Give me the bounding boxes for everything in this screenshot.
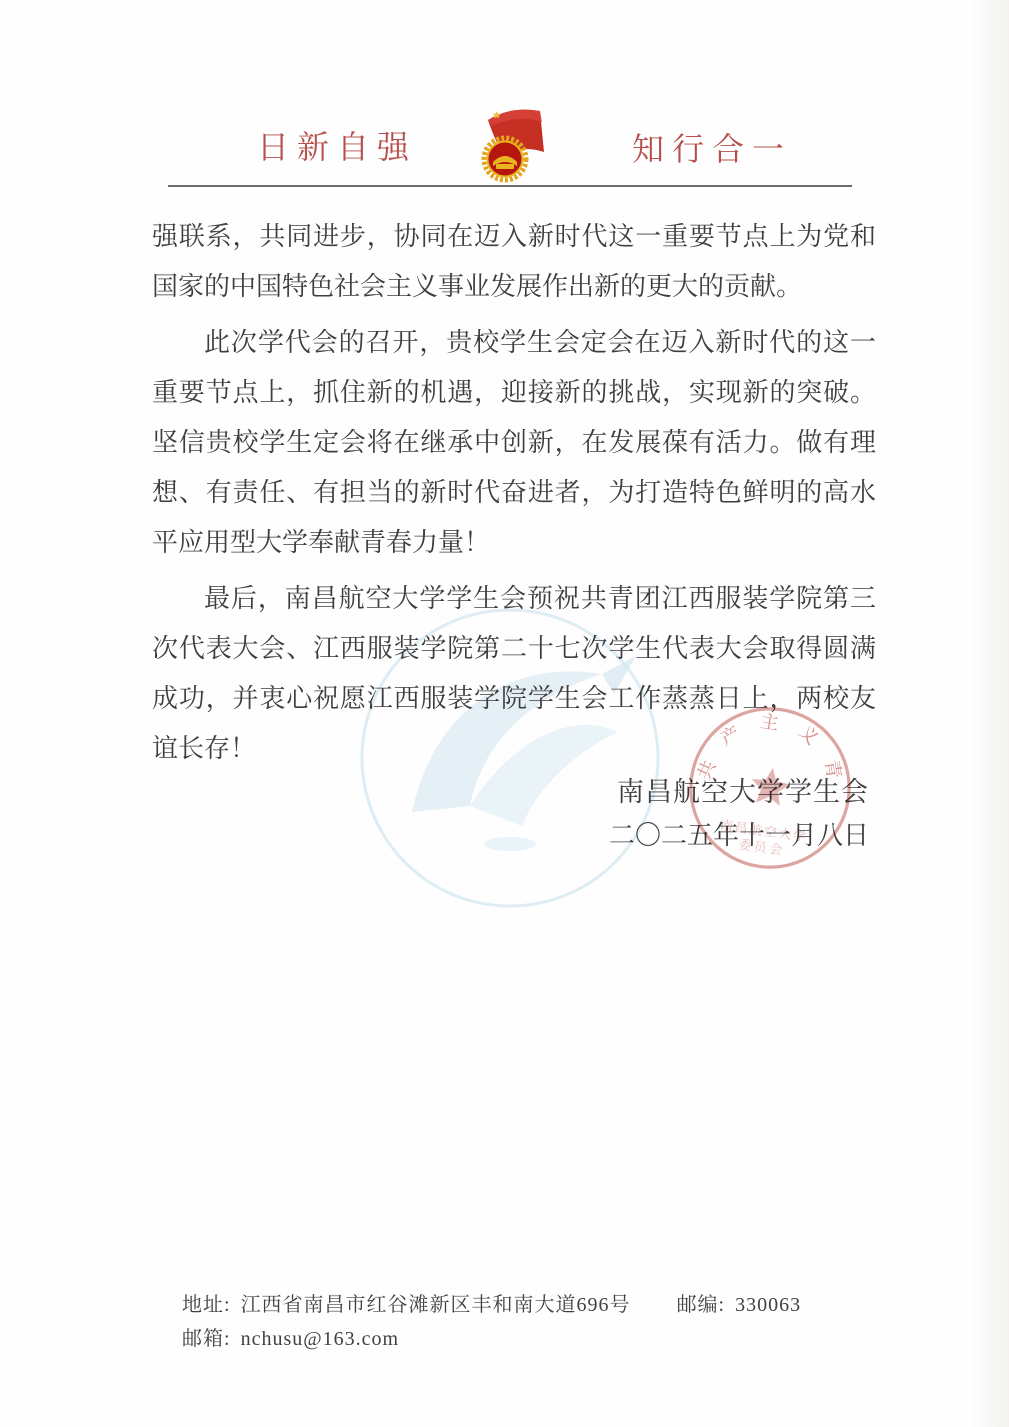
body-paragraph-1: 强联系，共同进步，协同在迈入新时代这一重要节点上为党和国家的中国特色社会主义事业… — [152, 212, 876, 312]
footer-contact: 地址:江西省南昌市红谷滩新区丰和南大道696号邮编:330063 邮箱:nchu… — [182, 1288, 882, 1356]
email-label: 邮箱: — [182, 1328, 231, 1350]
stamp-inner-line2: 委员会 — [737, 838, 785, 858]
footer-address-row: 地址:江西省南昌市红谷滩新区丰和南大道696号邮编:330063 — [182, 1288, 882, 1322]
youth-league-emblem-icon — [478, 104, 548, 188]
official-stamp: 中国共产主义青年团 南昌航空大学 委员会 — [666, 684, 874, 892]
motto-left: 日新自强 — [257, 122, 417, 168]
stamp-star-icon — [749, 765, 792, 807]
letter-body: 强联系，共同进步，协同在迈入新时代这一重要节点上为党和国家的中国特色社会主义事业… — [152, 212, 876, 774]
postcode-label: 邮编: — [677, 1294, 726, 1316]
address-value: 江西省南昌市红谷滩新区丰和南大道696号 — [241, 1294, 631, 1316]
email-value: nchusu@163.com — [241, 1328, 400, 1350]
body-paragraph-2: 此次学代会的召开，贵校学生会定会在迈入新时代的这一重要节点上，抓住新的机遇，迎接… — [152, 318, 876, 568]
postcode-value: 330063 — [735, 1294, 801, 1316]
address-label: 地址: — [182, 1294, 231, 1316]
letter-page: 日新自强 知行合一 强联系，共同进步，协同在迈入新时代这一重要节点上为党和国家的… — [0, 0, 1009, 1427]
footer-email-row: 邮箱:nchusu@163.com — [182, 1322, 882, 1356]
postcode-group: 邮编:330063 — [677, 1294, 802, 1316]
header-divider — [168, 185, 852, 187]
motto-right: 知行合一 — [632, 124, 792, 170]
